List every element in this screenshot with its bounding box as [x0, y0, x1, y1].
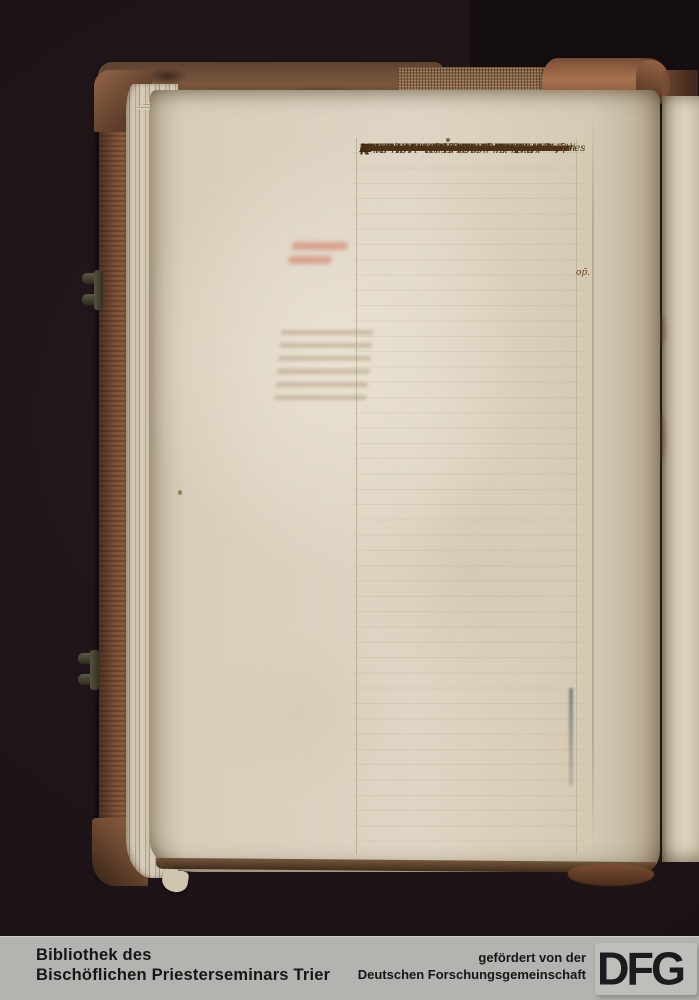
ruling-lines	[354, 140, 584, 856]
facing-page-strip	[662, 96, 699, 862]
clasp-bar	[94, 270, 103, 310]
gray-stain-streak	[569, 688, 573, 786]
line-text: ol caput inclinat m lune supplicat orbis	[360, 141, 560, 156]
metal-clasp-top	[82, 268, 108, 312]
ruling-vertical-right	[576, 138, 577, 854]
library-name-line2: Bischöflichen Priesterseminars Trier	[36, 966, 330, 986]
ruling-vertical-left	[356, 138, 357, 854]
caption-bar: Bibliothek des Bischöflichen Priestersem…	[0, 936, 699, 1000]
red-showthrough-line	[291, 242, 348, 250]
funding-line1: gefördert von der	[358, 949, 586, 966]
ink-fleck	[178, 490, 182, 495]
photo-background: A lter iubis nuuit lucifer esse iosep ··…	[0, 0, 699, 936]
parchment-page: A lter iubis nuuit lucifer esse iosep ··…	[150, 90, 660, 872]
lower-cover-sliver	[568, 864, 654, 886]
red-showthrough-line	[287, 256, 332, 264]
torn-parchment-tab	[161, 868, 190, 893]
dfg-logo: DFG	[595, 943, 697, 995]
funding-line2: Deutschen Forschungsgemeinschaft	[358, 966, 586, 983]
marginal-note: op̃.	[576, 268, 590, 278]
parchment-crease	[592, 110, 594, 852]
clasp-bar	[90, 650, 99, 690]
funding-credit: gefördert von der Deutschen Forschungsge…	[358, 949, 586, 983]
library-name: Bibliothek des Bischöflichen Priestersem…	[36, 946, 330, 985]
library-name-line1: Bibliothek des	[36, 946, 330, 966]
digitized-manuscript-scan: A lter iubis nuuit lucifer esse iosep ··…	[0, 0, 699, 1000]
metal-clasp-bottom	[78, 648, 104, 692]
dfg-logo-letters: DFG	[597, 943, 683, 995]
